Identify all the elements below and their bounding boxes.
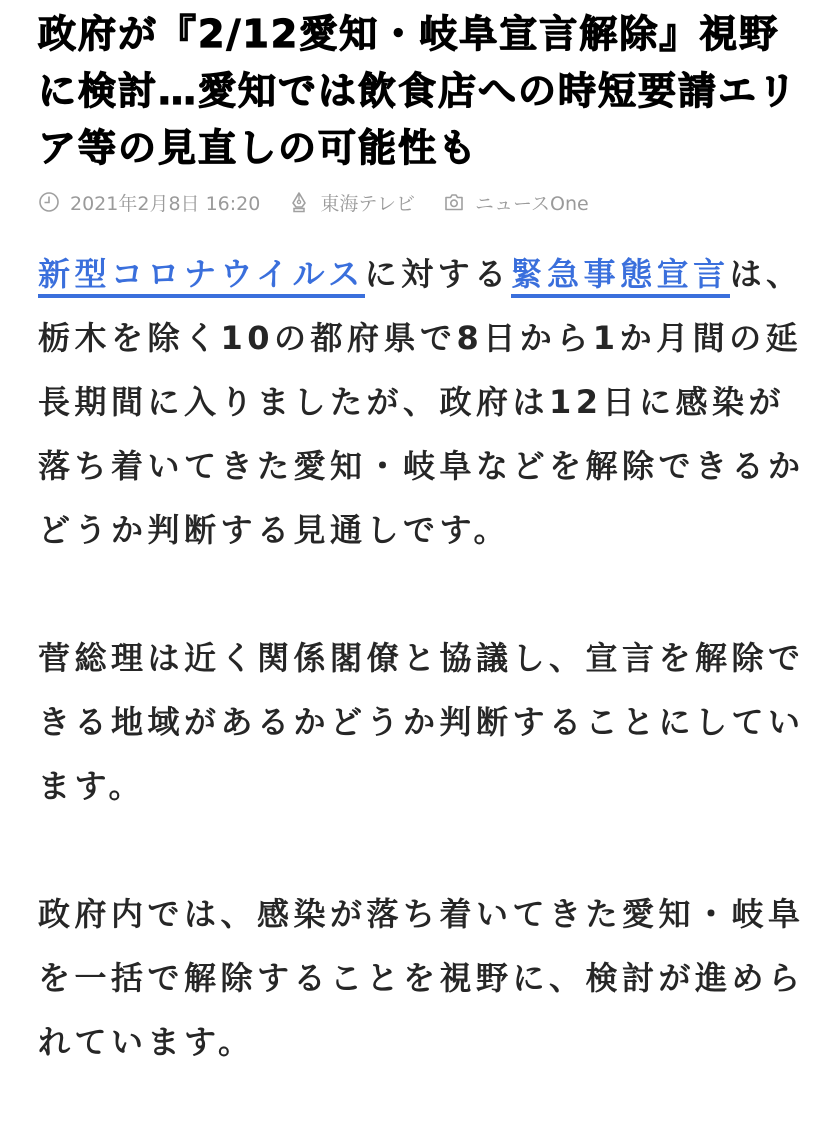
paragraph-3: 政府内では、感染が落ち着いてきた愛知・岐阜を一括で解除することを視野に、検討が進… <box>38 882 808 1074</box>
link-covid19[interactable]: 新型コロナウイルス <box>38 255 365 298</box>
meta-source[interactable]: 東海テレビ <box>288 189 415 216</box>
paragraph-2: 菅総理は近く関係閣僚と協議し、宣言を解除できる地域があるかどうか判断することにし… <box>38 626 808 818</box>
article-body: 新型コロナウイルスに対する緊急事態宣言は、栃木を除く10の都府県で8日から1か月… <box>38 242 808 1074</box>
paragraph-1: 新型コロナウイルスに対する緊急事態宣言は、栃木を除く10の都府県で8日から1か月… <box>38 242 808 562</box>
clock-icon <box>38 191 60 213</box>
article-meta: 2021年2月8日 16:20 東海テレビ ニュースOne <box>38 186 808 218</box>
article-source[interactable]: 東海テレビ <box>320 189 415 216</box>
paragraph-1-text-1: に対する <box>365 255 511 293</box>
article-program[interactable]: ニュースOne <box>475 189 589 216</box>
article-datetime: 2021年2月8日 16:20 <box>70 189 260 216</box>
link-state-of-emergency[interactable]: 緊急事態宣言 <box>511 255 730 298</box>
meta-datetime: 2021年2月8日 16:20 <box>38 189 260 216</box>
pen-nib-icon <box>288 191 310 213</box>
meta-program[interactable]: ニュースOne <box>443 189 589 216</box>
camera-icon <box>443 191 465 213</box>
paragraph-1-text-2: は、栃木を除く10の都府県で8日から1か月間の延長期間に入りましたが、政府は12… <box>38 255 805 549</box>
article: 政府が『2/12愛知・岐阜宣言解除』視野に検討…愛知では飲食店への時短要請エリア… <box>38 0 808 1074</box>
article-headline: 政府が『2/12愛知・岐阜宣言解除』視野に検討…愛知では飲食店への時短要請エリア… <box>38 0 808 177</box>
